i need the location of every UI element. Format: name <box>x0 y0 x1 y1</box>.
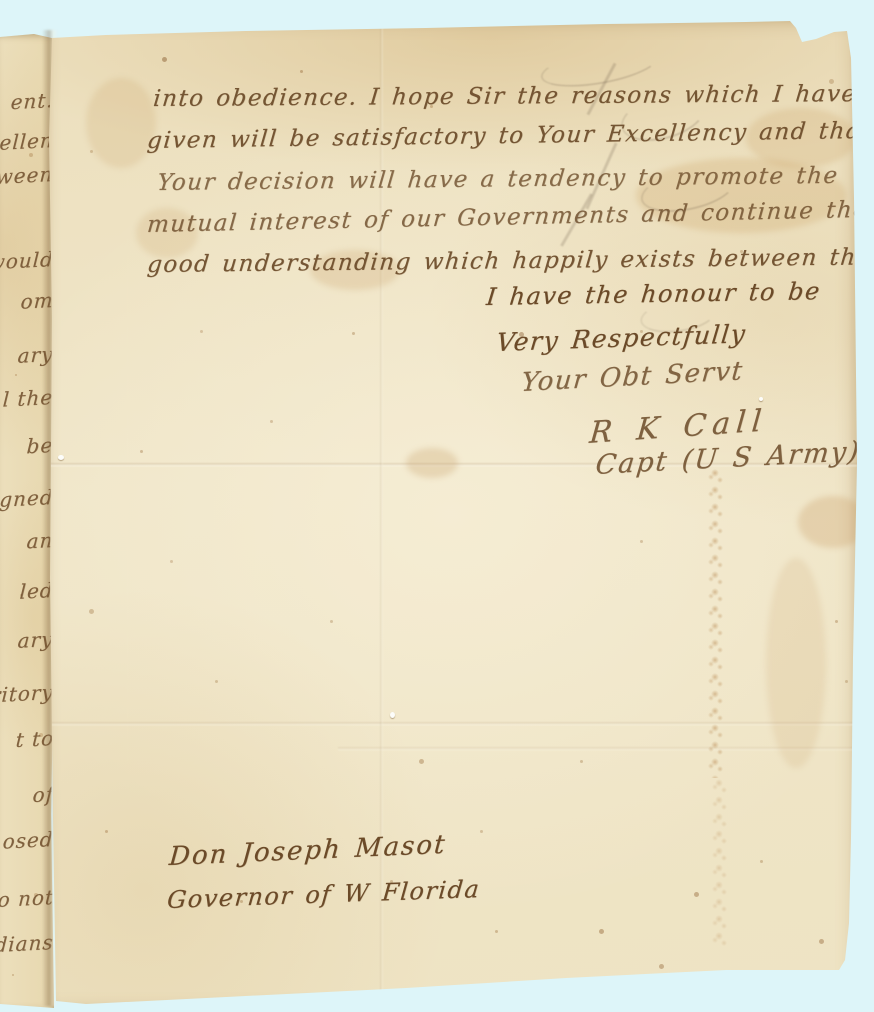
letter-body-line: into obedience. I hope Sir the reasons w… <box>152 81 858 112</box>
foxing-fold-line <box>708 468 724 778</box>
closing-line: I have the honour to be <box>485 277 822 311</box>
stain <box>798 496 868 548</box>
stain <box>766 558 826 768</box>
foxing-specks <box>0 34 2 36</box>
stain <box>406 448 458 478</box>
foxing-fold-line <box>712 778 728 948</box>
paper-hole <box>58 455 64 460</box>
letter-page: into obedience. I hope Sir the reasons w… <box>46 18 857 1010</box>
scanned-letter: ent. Ecellen ween would om ary l the be … <box>0 0 874 1012</box>
paper-hole <box>390 712 395 718</box>
foxing-specks <box>46 18 49 21</box>
stain <box>86 78 156 168</box>
paper-hole <box>759 397 763 401</box>
